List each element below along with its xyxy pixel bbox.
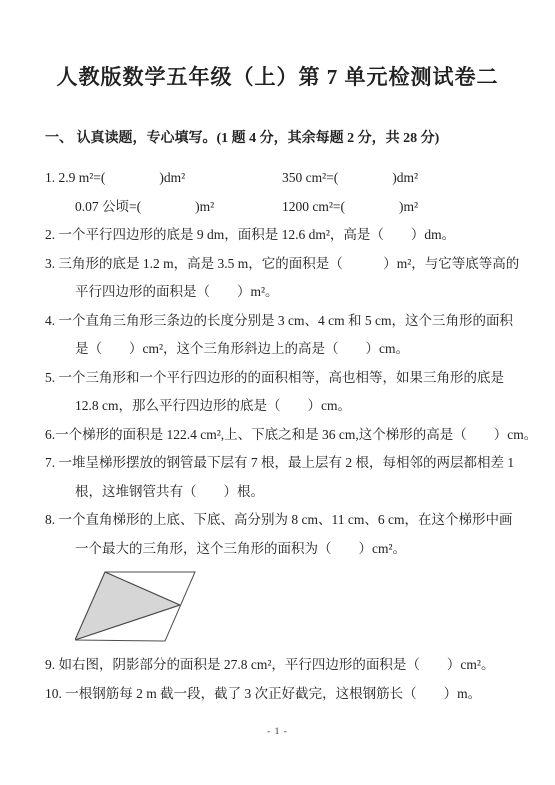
- question-1-row-2: 0.07 公顷=( )m² 1200 cm²=( )m²: [45, 193, 525, 222]
- test-paper-page: 人教版数学五年级（上）第 7 单元检测试卷二 一、 认真读题，专心填写。(1 题…: [0, 0, 555, 785]
- question-8-line-1: 8. 一个直角梯形的上底、下底、高分别为 8 cm、11 cm、6 cm，在这个…: [45, 506, 525, 535]
- question-1-row2-left: 0.07 公顷=( )m²: [45, 193, 282, 222]
- parallelogram-figure: [75, 567, 525, 647]
- page-title: 人教版数学五年级（上）第 7 单元检测试卷二: [0, 0, 555, 92]
- question-8-line-2: 一个最大的三角形，这个三角形的面积为（ ）cm²。: [45, 535, 525, 564]
- parallelogram-figure-svg: [75, 567, 201, 647]
- question-1-row2-right: 1200 cm²=( )m²: [282, 193, 418, 222]
- question-1-row-1: 1. 2.9 m²=( )dm² 350 cm²=( )dm²: [45, 164, 525, 193]
- question-5-line-1: 5. 一个三角形和一个平行四边形的的面积相等，高也相等，如果三角形的底是: [45, 364, 525, 393]
- question-7-line-1: 7. 一堆呈梯形摆放的钢管最下层有 7 根，最上层有 2 根，每相邻的两层都相差…: [45, 449, 525, 478]
- page-number: - 1 -: [0, 727, 555, 737]
- section-one-heading: 一、 认真读题，专心填写。(1 题 4 分，其余每题 2 分，共 28 分): [45, 129, 525, 149]
- question-1-row1-left: 1. 2.9 m²=( )dm²: [45, 164, 282, 193]
- question-5-line-2: 12.8 cm，那么平行四边形的底是（ ）cm。: [45, 392, 525, 421]
- questions-area: 1. 2.9 m²=( )dm² 350 cm²=( )dm² 0.07 公顷=…: [45, 164, 525, 708]
- question-6-line-1: 6.一个梯形的面积是 122.4 cm²,上、下底之和是 36 cm,这个梯形的…: [45, 421, 525, 450]
- question-9-line-1: 9. 如右图，阴影部分的面积是 27.8 cm²，平行四边形的面积是（ ）cm²…: [45, 651, 525, 680]
- question-4-line-1: 4. 一个直角三角形三条边的长度分别是 3 cm、4 cm 和 5 cm，这个三…: [45, 307, 525, 336]
- question-3-line-2: 平行四边形的面积是（ ）m²。: [45, 278, 525, 307]
- question-2-line-1: 2. 一个平行四边形的底是 9 dm，面积是 12.6 dm²，高是（ ）dm。: [45, 221, 525, 250]
- question-3-line-1: 3. 三角形的底是 1.2 m，高是 3.5 m，它的面积是（ ）m²，与它等底…: [45, 250, 525, 279]
- question-4-line-2: 是（ ）cm²，这个三角形斜边上的高是（ ）cm。: [45, 335, 525, 364]
- question-10-line-1: 10. 一根钢筋每 2 m 截一段，截了 3 次正好截完，这根钢筋长（ ）m。: [45, 680, 525, 709]
- question-7-line-2: 根，这堆钢管共有（ ）根。: [45, 478, 525, 507]
- question-1-row1-right: 350 cm²=( )dm²: [282, 164, 418, 193]
